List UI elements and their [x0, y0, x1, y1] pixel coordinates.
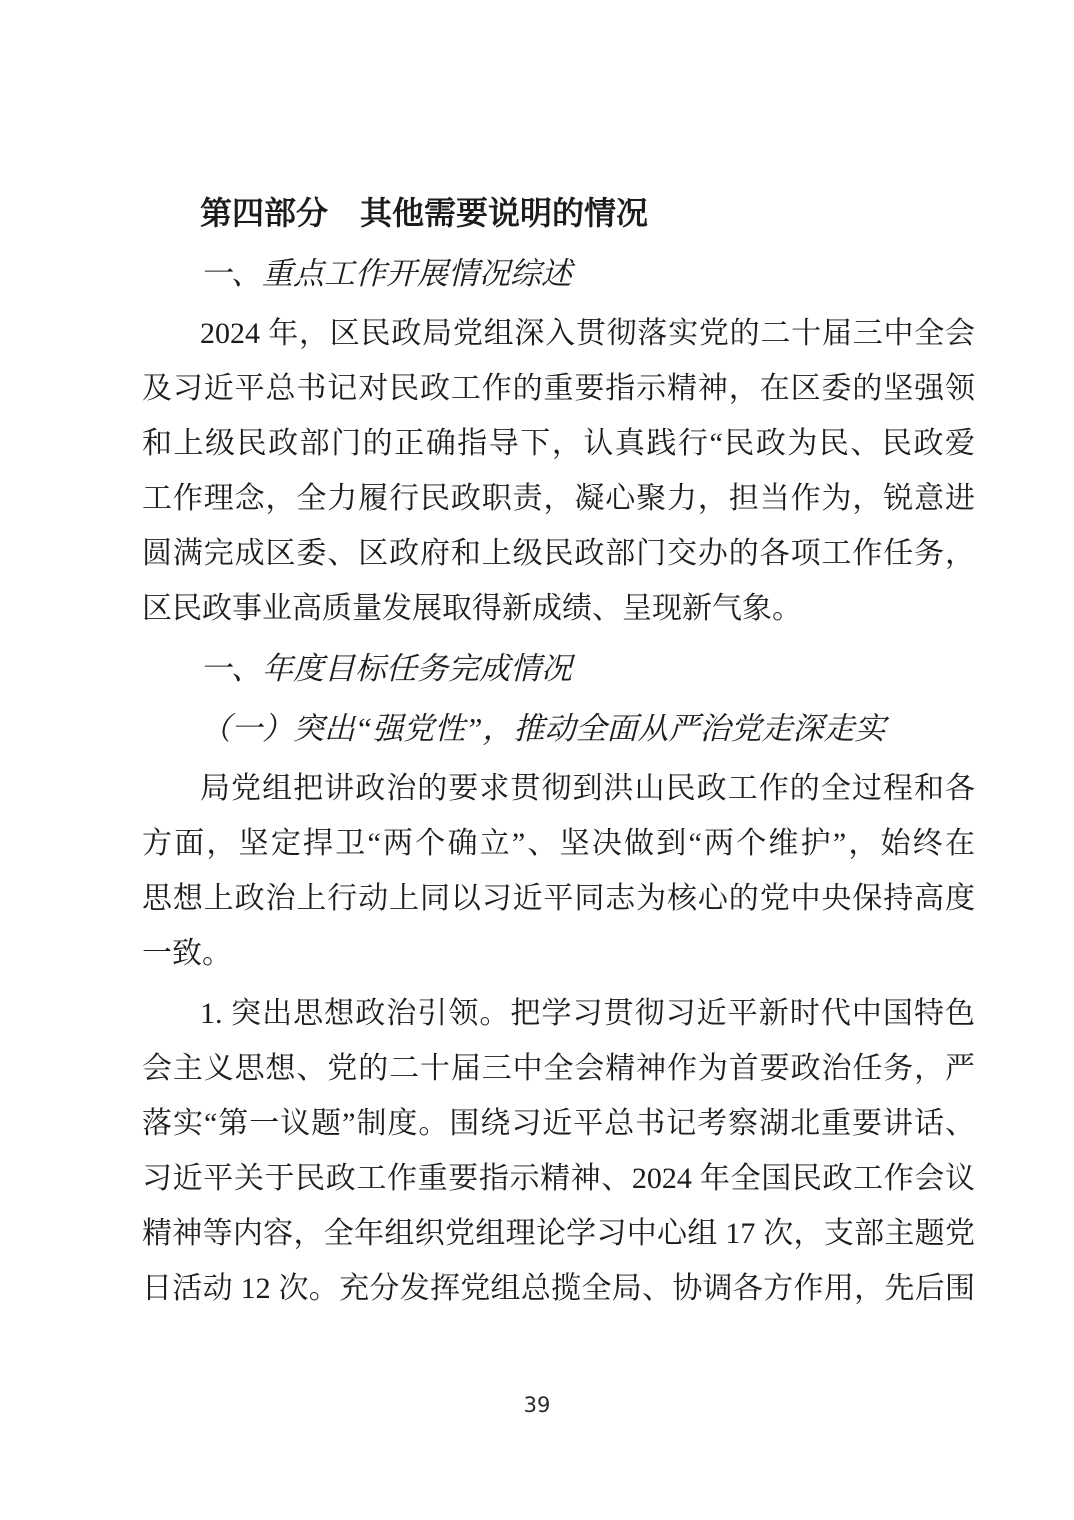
section-heading-overview: 一、重点工作开展情况综述: [142, 246, 975, 301]
text-line: 2024 年，区民政局党组深入贯彻落实党的二十届三中全会: [142, 306, 975, 361]
text-line: 及习近平总书记对民政工作的重要指示精神，在区委的坚强领导: [142, 361, 975, 416]
text-line: 会主义思想、党的二十届三中全会精神作为首要政治任务，严格: [142, 1041, 975, 1096]
paragraph-political-alignment: 局党组把讲政治的要求贯彻到洪山民政工作的全过程和各方面，坚定捍卫“两个确立”、坚…: [142, 761, 975, 981]
text-line: 工作理念，全力履行民政职责，凝心聚力，担当作为，锐意进取，: [142, 471, 975, 526]
text-line: 和上级民政部门的正确指导下，认真践行“民政为民、民政爱民”: [142, 416, 975, 471]
part-title: 第四部分 其他需要说明的情况: [142, 186, 975, 241]
paragraph-overview: 2024 年，区民政局党组深入贯彻落实党的二十届三中全会及习近平总书记对民政工作…: [142, 306, 975, 636]
text-line: 习近平关于民政工作重要指示精神、2024 年全国民政工作会议: [142, 1151, 975, 1206]
text-line: 方面，坚定捍卫“两个确立”、坚决做到“两个维护”，始终在: [142, 816, 975, 871]
paragraph-ideological-leadership: 1. 突出思想政治引领。把学习贯彻习近平新时代中国特色社会主义思想、党的二十届三…: [142, 986, 975, 1316]
text-line: 一致。: [142, 926, 975, 981]
text-line: 圆满完成区委、区政府和上级民政部门交办的各项工作任务，全: [142, 526, 975, 581]
section-heading-annual-tasks: 一、年度目标任务完成情况: [142, 641, 975, 696]
text-line: 思想上政治上行动上同以习近平同志为核心的党中央保持高度: [142, 871, 975, 926]
text-line: 日活动 12 次。充分发挥党组总揽全局、协调各方作用，先后围: [142, 1261, 975, 1316]
page-number: 39: [0, 1393, 1074, 1417]
document-body: 第四部分 其他需要说明的情况一、重点工作开展情况综述2024 年，区民政局党组深…: [142, 186, 975, 1316]
text-line: （一）突出“强党性”，推动全面从严治党走深走实: [142, 701, 975, 756]
text-line: 局党组把讲政治的要求贯彻到洪山民政工作的全过程和各: [142, 761, 975, 816]
text-line: 第四部分 其他需要说明的情况: [142, 186, 975, 241]
text-line: 1. 突出思想政治引领。把学习贯彻习近平新时代中国特色社: [142, 986, 975, 1041]
text-line: 一、年度目标任务完成情况: [142, 641, 975, 696]
text-line: 精神等内容，全年组织党组理论学习中心组 17 次，支部主题党: [142, 1206, 975, 1261]
subsection-heading-party-building: （一）突出“强党性”，推动全面从严治党走深走实: [142, 701, 975, 756]
text-line: 一、重点工作开展情况综述: [142, 246, 975, 301]
text-line: 区民政事业高质量发展取得新成绩、呈现新气象。: [142, 581, 975, 636]
text-line: 落实“第一议题”制度。围绕习近平总书记考察湖北重要讲话、: [142, 1096, 975, 1151]
